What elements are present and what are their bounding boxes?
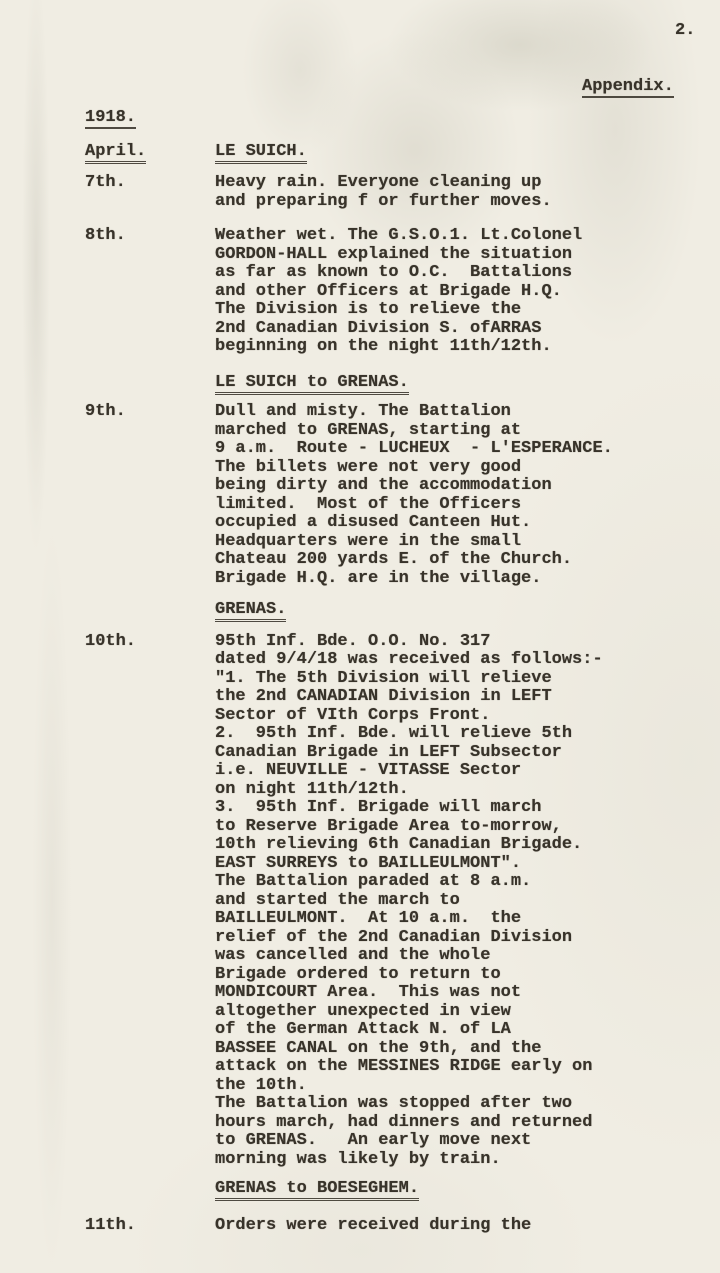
text-line: 95th Inf. Bde. O.O. No. 317 (215, 633, 603, 652)
entry-date: 11th. (85, 1217, 215, 1236)
text-line: occupied a disused Canteen Hut. (215, 514, 613, 533)
text-line: 9 a.m. Route - LUCHEUX - L'ESPERANCE. (215, 440, 613, 459)
text-line: the 2nd CANADIAN Division in LEFT (215, 688, 603, 707)
text-line: i.e. NEUVILLE - VITASSE Sector (215, 762, 603, 781)
text-line: and started the march to (215, 892, 603, 911)
text-line: to GRENAS. An early move next (215, 1132, 603, 1151)
month-label-text: April. (85, 142, 146, 164)
text-line: Sector of VIth Corps Front. (215, 707, 603, 726)
text-line: on night 11th/12th. (215, 781, 603, 800)
location-heading-text: LE SUICH to GRENAS. (215, 373, 409, 395)
text-line: Heavy rain. Everyone cleaning up (215, 174, 552, 193)
entry-10th: 10th. 95th Inf. Bde. O.O. No. 317dated 9… (85, 633, 695, 1170)
text-line: was cancelled and the whole (215, 947, 603, 966)
text-line: 10th relieving 6th Canadian Brigade. (215, 836, 603, 855)
text-line: as far as known to O.C. Battalions (215, 264, 582, 283)
year-heading: 1918. (85, 109, 215, 128)
text-line: dated 9/4/18 was received as follows:- (215, 651, 603, 670)
entry-8th: 8th. Weather wet. The G.S.O.1. Lt.Colone… (85, 227, 695, 357)
text-line: marched to GRENAS, starting at (215, 422, 613, 441)
text-line: and preparing f or further moves. (215, 193, 552, 212)
text-line: BASSEE CANAL on the 9th, and the (215, 1040, 603, 1059)
entry-11th: 11th. Orders were received during the (85, 1217, 695, 1236)
text-line: limited. Most of the Officers (215, 496, 613, 515)
text-line: EAST SURREYS to BAILLEULMONT". (215, 855, 603, 874)
location-heading-text: LE SUICH. (215, 142, 307, 164)
entry-text: Weather wet. The G.S.O.1. Lt.ColonelGORD… (215, 227, 582, 357)
entry-text: 95th Inf. Bde. O.O. No. 317dated 9/4/18 … (215, 633, 603, 1170)
text-line: Chateau 200 yards E. of the Church. (215, 551, 613, 570)
location-heading: GRENAS to BOESEGHEM. (215, 1180, 419, 1199)
text-line: The billets were not very good (215, 459, 613, 478)
text-line: BAILLEULMONT. At 10 a.m. the (215, 910, 603, 929)
entry-date: 9th. (85, 403, 215, 422)
location-heading: LE SUICH to GRENAS. (215, 374, 409, 393)
diary-content: 1918. April. LE SUICH. 7th. Heavy rain. … (85, 109, 695, 1235)
year-heading-text: 1918. (85, 108, 136, 129)
entry-date: 7th. (85, 174, 215, 193)
entry-7th: 7th. Heavy rain. Everyone cleaning upand… (85, 174, 695, 211)
month-label: April. (85, 143, 215, 162)
heading-le-suich-to-grenas: LE SUICH to GRENAS. (85, 374, 695, 393)
text-line: of the German Attack N. of LA (215, 1021, 603, 1040)
text-line: hours march, had dinners and returned (215, 1114, 603, 1133)
page-number: 2. (675, 22, 695, 41)
text-line: 3. 95th Inf. Brigade will march (215, 799, 603, 818)
text-line: 2nd Canadian Division S. ofARRAS (215, 320, 582, 339)
text-line: altogether unexpected in view (215, 1003, 603, 1022)
text-line: relief of the 2nd Canadian Division (215, 929, 603, 948)
text-line: The Battalion was stopped after two (215, 1095, 603, 1114)
scanned-diary-page: { "page": { "page_number": "2.", "append… (0, 0, 720, 1273)
entry-date: 8th. (85, 227, 215, 246)
text-line: and other Officers at Brigade H.Q. (215, 283, 582, 302)
text-line: MONDICOURT Area. This was not (215, 984, 603, 1003)
text-line: Canadian Brigade in LEFT Subsector (215, 744, 603, 763)
entry-date: 10th. (85, 633, 215, 652)
text-line: the 10th. (215, 1077, 603, 1096)
text-line: GORDON-HALL explained the situation (215, 246, 582, 265)
text-line: to Reserve Brigade Area to-morrow, (215, 818, 603, 837)
appendix-label-text: Appendix. (582, 77, 674, 98)
entry-text: Heavy rain. Everyone cleaning upand prep… (215, 174, 552, 211)
text-line: Weather wet. The G.S.O.1. Lt.Colonel (215, 227, 582, 246)
text-line: The Division is to relieve the (215, 301, 582, 320)
text-line: Headquarters were in the small (215, 533, 613, 552)
text-line: beginning on the night 11th/12th. (215, 338, 582, 357)
text-line: Orders were received during the (215, 1217, 531, 1236)
entry-text: Orders were received during the (215, 1217, 531, 1236)
text-line: attack on the MESSINES RIDGE early on (215, 1058, 603, 1077)
location-heading: GRENAS. (215, 601, 286, 620)
heading-grenas-to-boeseghem: GRENAS to BOESEGHEM. (85, 1180, 695, 1199)
heading-grenas: GRENAS. (85, 601, 695, 620)
entry-9th: 9th. Dull and misty. The Battalionmarche… (85, 403, 695, 588)
entry-text: Dull and misty. The Battalionmarched to … (215, 403, 613, 588)
entry-april-header: April. LE SUICH. (85, 143, 695, 162)
text-line: being dirty and the accommodation (215, 477, 613, 496)
text-line: Brigade H.Q. are in the village. (215, 570, 613, 589)
text-line: Dull and misty. The Battalion (215, 403, 613, 422)
text-line: "1. The 5th Division will relieve (215, 670, 603, 689)
year-heading-row: 1918. (85, 109, 695, 128)
text-line: Brigade ordered to return to (215, 966, 603, 985)
location-heading: LE SUICH. (215, 143, 307, 162)
location-heading-text: GRENAS to BOESEGHEM. (215, 1179, 419, 1201)
appendix-label: Appendix. (582, 78, 674, 97)
text-line: The Battalion paraded at 8 a.m. (215, 873, 603, 892)
text-line: morning was likely by train. (215, 1151, 603, 1170)
text-line: 2. 95th Inf. Bde. will relieve 5th (215, 725, 603, 744)
location-heading-text: GRENAS. (215, 600, 286, 622)
